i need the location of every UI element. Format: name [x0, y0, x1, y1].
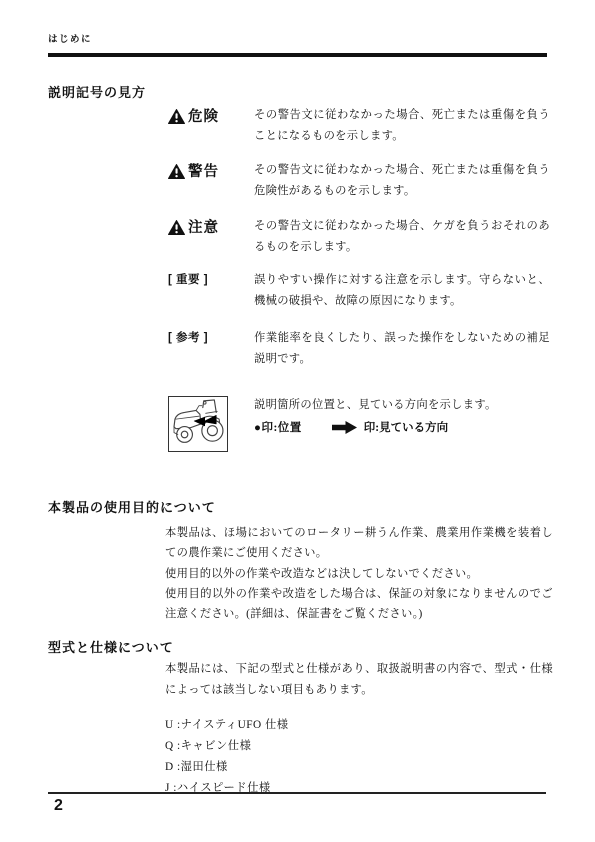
arrow-right-icon — [332, 421, 357, 434]
warning-label-text: 警告 — [188, 160, 219, 181]
legend-row: 説明箇所の位置と、見ている方向を示します。 ●印:位置 印:見ている方向 — [168, 396, 547, 452]
caution-label-text: 注意 — [188, 216, 219, 237]
caution-description: その警告文に従わなかった場合、ケガを負うおそれのあるものを示します。 — [254, 216, 550, 257]
warning-triangle-icon — [168, 220, 185, 235]
important-label: [ 重要 ] — [168, 270, 254, 287]
purpose-paragraph-3: 使用目的以外の作業や改造をした場合は、保証の対象になりませんのでご注意ください。… — [165, 584, 553, 625]
reference-description: 作業能率を良くしたり、誤った操作をしないための補足説明です。 — [254, 328, 550, 369]
warning-triangle-icon — [168, 164, 185, 179]
page-number: 2 — [48, 797, 546, 815]
purpose-paragraph-1: 本製品は、ほ場においてのロータリー耕うん作業、農業用作業機を装着しての農作業にご… — [165, 523, 553, 564]
header-rule — [48, 53, 547, 57]
warning-description: その警告文に従わなかった場合、死亡または重傷を負う危険性があるものを示します。 — [254, 160, 550, 201]
section-title-symbols: 説明記号の見方 — [48, 82, 547, 101]
header-title: はじめに — [48, 31, 547, 45]
legend-position-label: ●印:位置 — [254, 419, 302, 435]
caution-label: 注意 — [168, 216, 254, 237]
manual-page: はじめに 説明記号の見方 危険 その警告文に従わなかった場合、死亡または重傷を負… — [0, 0, 595, 842]
reference-label: [ 参考 ] — [168, 328, 254, 345]
footer-rule — [48, 792, 546, 794]
tractor-illustration — [171, 398, 225, 451]
symbol-row-caution: 注意 その警告文に従わなかった場合、ケガを負うおそれのあるものを示します。 — [168, 216, 547, 257]
important-description: 誤りやすい操作に対する注意を示します。守らないと、機械の破損や、故障の原因になり… — [254, 270, 550, 311]
symbol-row-reference: [ 参考 ] 作業能率を良くしたり、誤った操作をしないための補足説明です。 — [168, 328, 547, 369]
legend-direction-label: 印:見ている方向 — [364, 419, 448, 435]
warning-triangle-icon — [168, 109, 185, 124]
page-header: はじめに — [48, 0, 547, 57]
symbol-row-danger: 危険 その警告文に従わなかった場合、死亡または重傷を負うことになるものを示します… — [168, 105, 547, 146]
symbol-row-warning: 警告 その警告文に従わなかった場合、死亡または重傷を負う危険性があるものを示しま… — [168, 160, 547, 201]
purpose-paragraphs: 本製品は、ほ場においてのロータリー耕うん作業、農業用作業機を装着しての農作業にご… — [165, 523, 553, 624]
model-item-u: U :ナイスティUFO 仕様 — [165, 715, 547, 736]
purpose-paragraph-2: 使用目的以外の作業や改造などは決してしないでください。 — [165, 564, 553, 584]
danger-label-text: 危険 — [188, 105, 219, 126]
symbol-row-important: [ 重要 ] 誤りやすい操作に対する注意を示します。守らないと、機械の破損や、故… — [168, 270, 547, 311]
danger-description: その警告文に従わなかった場合、死亡または重傷を負うことになるものを示します。 — [254, 105, 550, 146]
page-footer: 2 — [48, 792, 546, 815]
symbol-rows: 危険 その警告文に従わなかった場合、死亡または重傷を負うことになるものを示します… — [168, 105, 547, 369]
legend-description: 説明箇所の位置と、見ている方向を示します。 — [254, 396, 497, 412]
legend-key-line: ●印:位置 印:見ている方向 — [254, 419, 497, 435]
danger-label: 危険 — [168, 105, 254, 126]
model-item-d: D :湿田仕様 — [165, 757, 547, 778]
section-title-models: 型式と仕様について — [48, 637, 547, 656]
tractor-figure-box — [168, 396, 228, 452]
section-title-purpose: 本製品の使用目的について — [48, 497, 547, 516]
legend-text: 説明箇所の位置と、見ている方向を示します。 ●印:位置 印:見ている方向 — [254, 396, 497, 435]
models-paragraph: 本製品には、下記の型式と仕様があり、取扱説明書の内容で、型式・仕様によっては該当… — [165, 659, 553, 700]
warning-label: 警告 — [168, 160, 254, 181]
model-item-q: Q :キャビン仕様 — [165, 736, 547, 757]
model-list: U :ナイスティUFO 仕様 Q :キャビン仕様 D :湿田仕様 J :ハイスピ… — [165, 715, 547, 799]
